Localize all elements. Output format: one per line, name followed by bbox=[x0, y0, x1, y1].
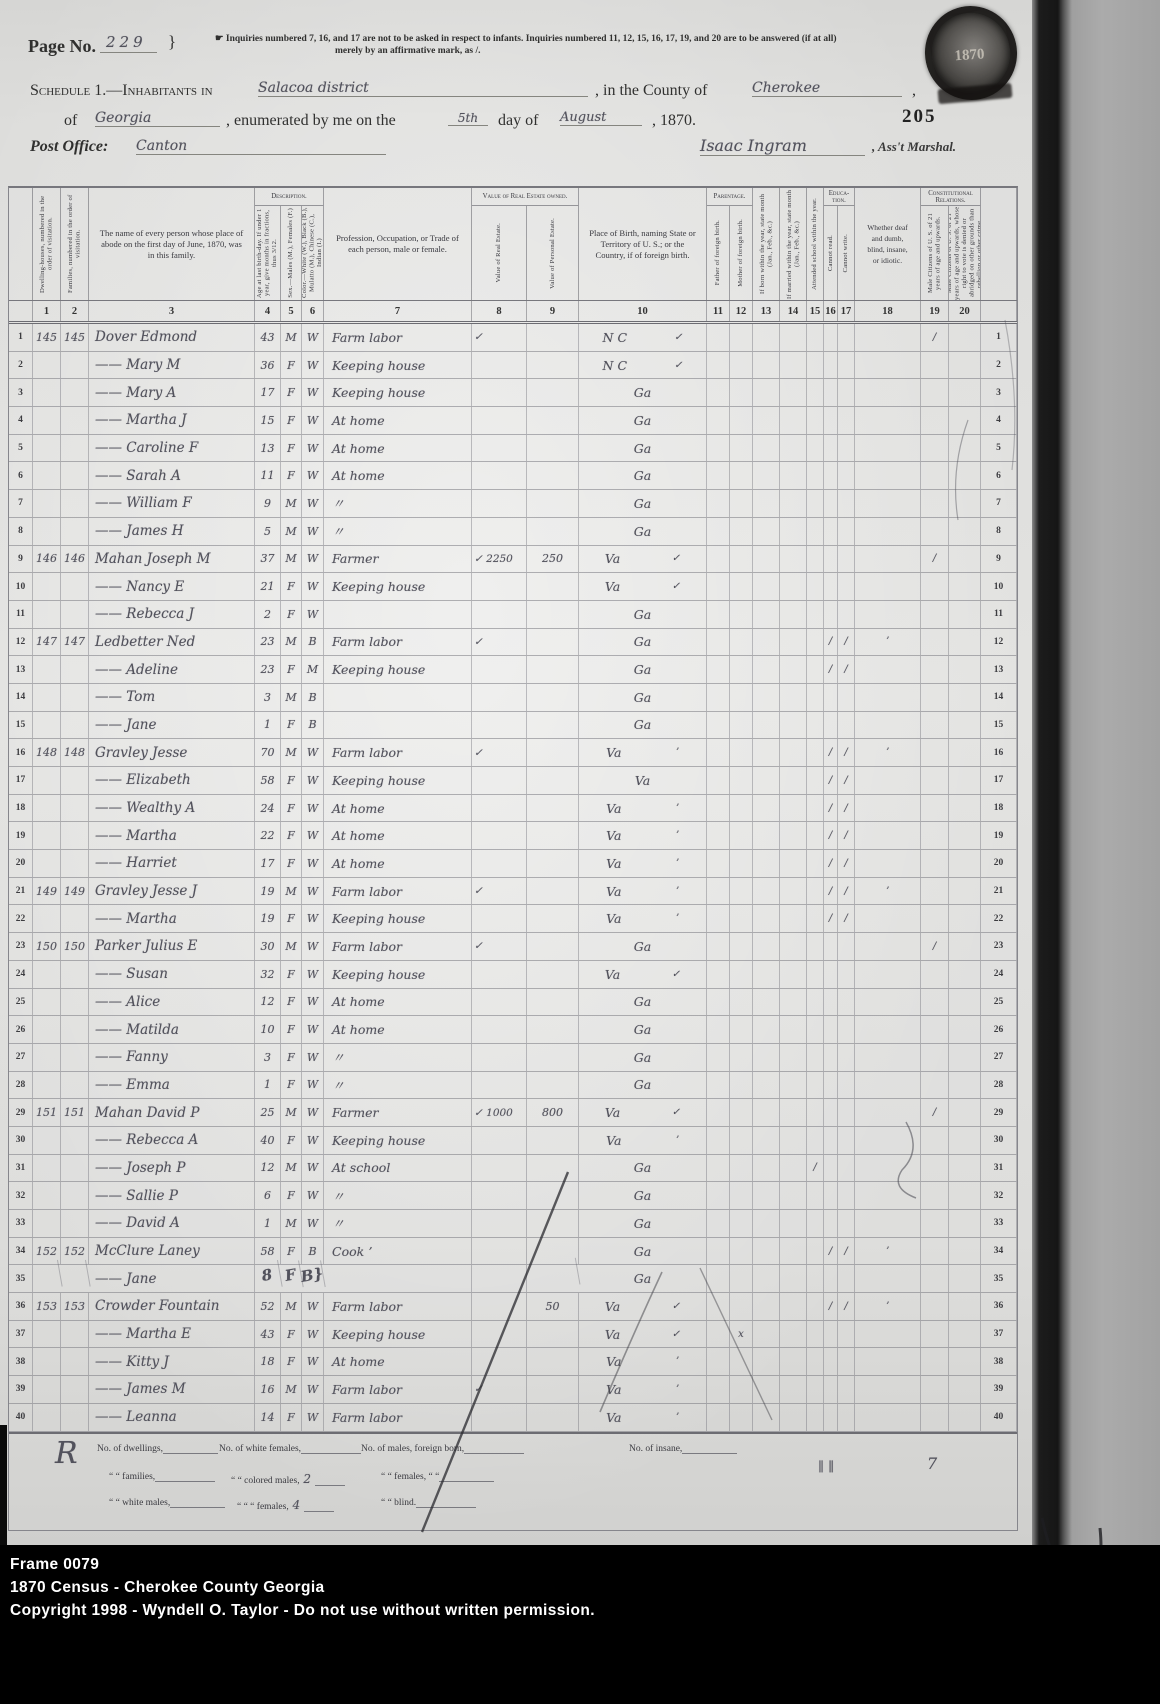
census-cell bbox=[921, 989, 949, 1016]
census-cell bbox=[753, 739, 780, 766]
census-cell bbox=[824, 933, 838, 960]
census-cell bbox=[921, 490, 949, 517]
census-row: 27—— Fanny3FW〃Ga27 bbox=[9, 1044, 1017, 1072]
cell-birthplace: Vaʼ bbox=[579, 1404, 707, 1431]
county-comma: , bbox=[912, 82, 916, 100]
row-number: 19 bbox=[9, 822, 33, 849]
census-cell bbox=[753, 352, 780, 379]
census-cell: / bbox=[824, 905, 838, 932]
census-cell bbox=[730, 352, 753, 379]
census-cell bbox=[527, 1348, 579, 1375]
census-cell bbox=[949, 352, 981, 379]
census-cell bbox=[730, 1182, 753, 1209]
census-cell bbox=[838, 1127, 855, 1154]
census-cell: W bbox=[302, 1210, 324, 1237]
census-cell bbox=[527, 656, 579, 683]
census-cell: —— Nancy E bbox=[89, 573, 255, 600]
row-number: 15 bbox=[981, 712, 1017, 739]
cell-birthplace: Va✓ bbox=[579, 1321, 707, 1348]
census-cell bbox=[855, 656, 921, 683]
census-cell: 15 bbox=[255, 407, 281, 434]
census-cell bbox=[33, 1127, 61, 1154]
column-number: 18 bbox=[855, 301, 921, 321]
census-cell bbox=[824, 518, 838, 545]
census-cell: At home bbox=[324, 435, 472, 462]
census-cell bbox=[472, 712, 527, 739]
footer-summary-item: “ “ white males, bbox=[109, 1498, 225, 1508]
census-cell bbox=[949, 795, 981, 822]
census-cell: F bbox=[281, 379, 302, 406]
census-cell: F bbox=[281, 961, 302, 988]
census-cell: / bbox=[838, 905, 855, 932]
census-cell bbox=[527, 905, 579, 932]
census-cell: —— Emma bbox=[89, 1072, 255, 1099]
census-cell: 13 bbox=[255, 435, 281, 462]
census-cell bbox=[780, 546, 807, 573]
census-cell bbox=[780, 1016, 807, 1043]
census-cell bbox=[807, 905, 824, 932]
census-cell bbox=[949, 1044, 981, 1071]
census-cell: F bbox=[281, 712, 302, 739]
row-number: 7 bbox=[9, 490, 33, 517]
census-cell: —— Sarah A bbox=[89, 462, 255, 489]
cell-birthplace: Vaʼ bbox=[579, 850, 707, 877]
row-number: 2 bbox=[9, 352, 33, 379]
census-cell bbox=[527, 407, 579, 434]
census-row: 10—— Nancy E21FWKeeping houseVa✓10 bbox=[9, 573, 1017, 601]
census-cell: x bbox=[730, 1321, 753, 1348]
census-cell bbox=[527, 324, 579, 351]
census-cell: —— Adeline bbox=[89, 656, 255, 683]
cell-birthplace: Ga bbox=[579, 379, 707, 406]
column-number: 4 bbox=[255, 301, 281, 321]
census-cell: —— James M bbox=[89, 1376, 255, 1403]
census-cell: W bbox=[302, 1404, 324, 1431]
cell-birthplace: Ga bbox=[579, 1016, 707, 1043]
page-no-brace: } bbox=[168, 32, 176, 52]
census-cell: M bbox=[281, 933, 302, 960]
census-cell bbox=[780, 1210, 807, 1237]
census-cell bbox=[780, 379, 807, 406]
census-cell: 6 bbox=[255, 1182, 281, 1209]
census-cell bbox=[949, 629, 981, 656]
census-cell bbox=[472, 573, 527, 600]
footer-handwritten-mark: ∥ ∥ bbox=[818, 1460, 834, 1475]
census-cell bbox=[61, 795, 89, 822]
census-cell bbox=[707, 989, 730, 1016]
census-cell bbox=[807, 1127, 824, 1154]
census-cell bbox=[824, 1072, 838, 1099]
census-cell: 3 bbox=[255, 684, 281, 711]
footer-summary-item: No. of dwellings, bbox=[97, 1444, 218, 1454]
census-cell bbox=[807, 1016, 824, 1043]
census-cell bbox=[753, 933, 780, 960]
row-number: 38 bbox=[9, 1348, 33, 1375]
census-cell bbox=[855, 573, 921, 600]
census-cell bbox=[807, 878, 824, 905]
row-number: 33 bbox=[981, 1210, 1017, 1237]
row-number: 12 bbox=[981, 629, 1017, 656]
census-cell bbox=[730, 905, 753, 932]
row-number: 23 bbox=[981, 933, 1017, 960]
census-cell bbox=[707, 1265, 730, 1292]
census-cell bbox=[33, 1404, 61, 1431]
census-cell: Keeping house bbox=[324, 379, 472, 406]
census-cell bbox=[780, 1099, 807, 1126]
census-cell bbox=[780, 822, 807, 849]
census-cell bbox=[824, 1127, 838, 1154]
census-cell bbox=[707, 933, 730, 960]
census-cell: B bbox=[302, 684, 324, 711]
census-cell bbox=[33, 518, 61, 545]
census-cell: —— Martha bbox=[89, 905, 255, 932]
census-cell: 153 bbox=[61, 1293, 89, 1320]
census-cell bbox=[921, 573, 949, 600]
row-number: 1 bbox=[9, 324, 33, 351]
census-cell bbox=[780, 1293, 807, 1320]
census-cell bbox=[472, 1044, 527, 1071]
census-cell: F bbox=[281, 407, 302, 434]
sheet-number: 205 bbox=[902, 106, 937, 128]
census-row: 32—— Sallie P6FW〃Ga32 bbox=[9, 1182, 1017, 1210]
column-number: 8 bbox=[472, 301, 527, 321]
census-cell: —— David A bbox=[89, 1210, 255, 1237]
census-cell: At home bbox=[324, 989, 472, 1016]
census-cell bbox=[807, 518, 824, 545]
row-number: 20 bbox=[981, 850, 1017, 877]
cell-birthplace: Ga bbox=[579, 629, 707, 656]
census-cell: Farm labor bbox=[324, 324, 472, 351]
census-cell bbox=[730, 1072, 753, 1099]
census-cell bbox=[824, 1404, 838, 1431]
census-cell bbox=[807, 490, 824, 517]
census-cell bbox=[921, 767, 949, 794]
census-cell: W bbox=[302, 767, 324, 794]
census-row: 14—— Tom3MBGa14 bbox=[9, 684, 1017, 712]
census-cell bbox=[807, 1404, 824, 1431]
cell-birthplace: Vaʼ bbox=[579, 1376, 707, 1403]
census-cell bbox=[949, 1016, 981, 1043]
census-cell bbox=[707, 573, 730, 600]
census-cell bbox=[61, 961, 89, 988]
census-cell bbox=[824, 407, 838, 434]
census-cell: / bbox=[807, 1155, 824, 1182]
cell-birthplace: Vaʼ bbox=[579, 795, 707, 822]
column-number: 19 bbox=[921, 301, 949, 321]
census-cell bbox=[855, 1321, 921, 1348]
row-number: 10 bbox=[981, 573, 1017, 600]
census-cell bbox=[780, 407, 807, 434]
census-cell bbox=[527, 1072, 579, 1099]
census-cell: W bbox=[302, 546, 324, 573]
census-cell bbox=[472, 656, 527, 683]
census-cell: At school bbox=[324, 1155, 472, 1182]
census-row: 20—— Harriet17FWAt homeVaʼ//20 bbox=[9, 850, 1017, 878]
census-cell bbox=[730, 989, 753, 1016]
census-cell bbox=[921, 1127, 949, 1154]
column-header-3: The name of every person whose place of … bbox=[89, 188, 255, 300]
census-cell: —— Mary A bbox=[89, 379, 255, 406]
census-cell bbox=[855, 435, 921, 462]
census-cell: At home bbox=[324, 1348, 472, 1375]
cell-birthplace: Ga bbox=[579, 684, 707, 711]
census-cell bbox=[780, 324, 807, 351]
row-number: 33 bbox=[9, 1210, 33, 1237]
census-cell bbox=[472, 822, 527, 849]
census-cell bbox=[33, 656, 61, 683]
census-cell: 〃 bbox=[324, 1044, 472, 1071]
census-cell bbox=[527, 1016, 579, 1043]
cell-birthplace: Ga bbox=[579, 656, 707, 683]
census-cell: Ledbetter Ned bbox=[89, 629, 255, 656]
month-handwritten: August bbox=[560, 110, 642, 126]
census-cell bbox=[730, 601, 753, 628]
census-cell bbox=[753, 684, 780, 711]
census-cell: B} bbox=[299, 1261, 325, 1291]
row-number: 36 bbox=[981, 1293, 1017, 1320]
census-cell bbox=[921, 1016, 949, 1043]
row-number: 35 bbox=[9, 1265, 33, 1292]
census-cell bbox=[730, 767, 753, 794]
column-header-16: Cannot read. bbox=[824, 206, 838, 300]
column-header-7: Profession, Occupation, or Trade of each… bbox=[324, 188, 472, 300]
census-cell bbox=[730, 1265, 753, 1292]
census-cell bbox=[780, 1348, 807, 1375]
census-row: 12147147Ledbetter Ned23MBFarm labor✓Ga//… bbox=[9, 629, 1017, 657]
census-cell: W bbox=[302, 795, 324, 822]
census-cell bbox=[780, 656, 807, 683]
census-cell bbox=[838, 1072, 855, 1099]
census-cell: M bbox=[281, 546, 302, 573]
census-cell: Farm labor bbox=[324, 1376, 472, 1403]
census-cell bbox=[730, 407, 753, 434]
census-cell bbox=[780, 1182, 807, 1209]
census-cell: Farm labor bbox=[324, 1404, 472, 1431]
census-cell: —— Alice bbox=[89, 989, 255, 1016]
census-cell bbox=[838, 1016, 855, 1043]
column-number: 17 bbox=[838, 301, 855, 321]
census-cell: At home bbox=[324, 1016, 472, 1043]
census-cell bbox=[730, 1016, 753, 1043]
census-row: 38—— Kitty J18FWAt homeVaʼ38 bbox=[9, 1348, 1017, 1376]
cell-birthplace: Vaʼ bbox=[579, 1348, 707, 1375]
census-cell bbox=[921, 1182, 949, 1209]
census-cell bbox=[33, 1210, 61, 1237]
census-cell bbox=[61, 1182, 89, 1209]
census-cell: F bbox=[281, 795, 302, 822]
census-cell: W bbox=[302, 989, 324, 1016]
census-cell: —— Leanna bbox=[89, 1404, 255, 1431]
census-row: 19—— Martha22FWAt homeVaʼ//19 bbox=[9, 822, 1017, 850]
census-cell: Dover Edmond bbox=[89, 324, 255, 351]
cell-birthplace: Ga bbox=[579, 518, 707, 545]
census-cell bbox=[753, 878, 780, 905]
census-cell: 40 bbox=[255, 1127, 281, 1154]
census-cell bbox=[753, 1016, 780, 1043]
census-cell bbox=[780, 1321, 807, 1348]
census-cell bbox=[707, 1238, 730, 1265]
row-number: 11 bbox=[9, 601, 33, 628]
census-cell bbox=[855, 379, 921, 406]
census-cell bbox=[949, 1238, 981, 1265]
census-cell bbox=[855, 822, 921, 849]
census-cell: ʼ bbox=[855, 1293, 921, 1320]
census-cell bbox=[838, 1348, 855, 1375]
census-cell: / bbox=[824, 795, 838, 822]
caption-band: Frame 0079 1870 Census - Cherokee County… bbox=[0, 1545, 1160, 1704]
row-number: 38 bbox=[981, 1348, 1017, 1375]
census-cell: ʼ bbox=[855, 739, 921, 766]
census-row: 6—— Sarah A11FWAt homeGa6 bbox=[9, 462, 1017, 490]
census-cell bbox=[838, 1376, 855, 1403]
cell-birthplace: Ga bbox=[579, 1044, 707, 1071]
census-cell bbox=[61, 1155, 89, 1182]
census-cell: F bbox=[281, 989, 302, 1016]
census-cell: W bbox=[302, 822, 324, 849]
census-cell bbox=[33, 712, 61, 739]
census-cell bbox=[707, 712, 730, 739]
census-cell bbox=[780, 684, 807, 711]
row-number: 34 bbox=[9, 1238, 33, 1265]
row-number: 7 bbox=[981, 490, 1017, 517]
census-cell: B bbox=[302, 712, 324, 739]
census-cell bbox=[753, 1044, 780, 1071]
census-cell bbox=[33, 1044, 61, 1071]
census-cell bbox=[780, 795, 807, 822]
census-cell: Mahan Joseph M bbox=[89, 546, 255, 573]
census-cell bbox=[472, 352, 527, 379]
census-cell bbox=[855, 850, 921, 877]
census-cell bbox=[527, 1210, 579, 1237]
census-cell bbox=[61, 905, 89, 932]
cell-birthplace: Ga bbox=[579, 989, 707, 1016]
row-number: 13 bbox=[981, 656, 1017, 683]
census-cell bbox=[807, 712, 824, 739]
census-cell bbox=[753, 1072, 780, 1099]
census-cell: At home bbox=[324, 462, 472, 489]
census-cell: 23 bbox=[255, 629, 281, 656]
census-cell bbox=[824, 1155, 838, 1182]
census-cell bbox=[753, 1099, 780, 1126]
census-row: 5—— Caroline F13FWAt homeGa5 bbox=[9, 435, 1017, 463]
census-cell: M bbox=[281, 490, 302, 517]
census-cell bbox=[780, 629, 807, 656]
census-cell bbox=[472, 850, 527, 877]
row-number: 9 bbox=[9, 546, 33, 573]
census-cell bbox=[921, 822, 949, 849]
census-cell bbox=[527, 933, 579, 960]
census-cell bbox=[949, 933, 981, 960]
census-row: 7—— William F9MW〃Ga7 bbox=[9, 490, 1017, 518]
census-cell bbox=[824, 1348, 838, 1375]
census-cell bbox=[472, 989, 527, 1016]
footer-summary-item: “ “ females, “ “ bbox=[381, 1472, 494, 1482]
census-cell bbox=[838, 490, 855, 517]
census-cell: 19 bbox=[255, 905, 281, 932]
census-cell bbox=[838, 324, 855, 351]
census-cell: Keeping house bbox=[324, 352, 472, 379]
census-cell: 149 bbox=[33, 878, 61, 905]
census-cell: 1 bbox=[255, 1210, 281, 1237]
census-cell: M bbox=[281, 1099, 302, 1126]
census-cell bbox=[730, 435, 753, 462]
column-header-5: Sex.—Males (M.), Females (F.) bbox=[281, 206, 302, 300]
census-cell bbox=[780, 905, 807, 932]
census-cell bbox=[824, 684, 838, 711]
census-cell: —— Sallie P bbox=[89, 1182, 255, 1209]
census-cell: 23 bbox=[255, 656, 281, 683]
census-row: 33—— David A1MW〃Ga33 bbox=[9, 1210, 1017, 1238]
census-cell bbox=[855, 712, 921, 739]
census-cell bbox=[33, 989, 61, 1016]
scan-edge-shadow bbox=[1032, 0, 1160, 1545]
of-label: of bbox=[64, 112, 77, 130]
cell-birthplace: Ga bbox=[579, 933, 707, 960]
census-cell bbox=[838, 352, 855, 379]
census-cell bbox=[707, 435, 730, 462]
column-number: 13 bbox=[753, 301, 780, 321]
census-row: 35—— Jane8FB}Ga35 bbox=[9, 1265, 1017, 1293]
census-cell bbox=[807, 933, 824, 960]
column-number: 9 bbox=[527, 301, 579, 321]
cell-birthplace: Va✓ bbox=[579, 1293, 707, 1320]
census-cell: W bbox=[302, 1044, 324, 1071]
census-cell: 150 bbox=[33, 933, 61, 960]
census-row: 22—— Martha19FWKeeping houseVaʼ//22 bbox=[9, 905, 1017, 933]
census-row: 28—— Emma1FW〃Ga28 bbox=[9, 1072, 1017, 1100]
census-cell: At home bbox=[324, 850, 472, 877]
census-cell bbox=[61, 518, 89, 545]
census-cell bbox=[780, 712, 807, 739]
census-cell: / bbox=[838, 850, 855, 877]
row-number: 17 bbox=[981, 767, 1017, 794]
census-cell bbox=[707, 601, 730, 628]
cell-birthplace: Va✓ bbox=[579, 546, 707, 573]
census-cell: M bbox=[281, 739, 302, 766]
census-cell bbox=[921, 905, 949, 932]
census-cell bbox=[707, 684, 730, 711]
column-header-12: Mother of foreign birth. bbox=[730, 206, 753, 300]
census-cell: —— Mary M bbox=[89, 352, 255, 379]
census-cell: M bbox=[281, 1293, 302, 1320]
census-cell bbox=[472, 1238, 527, 1265]
census-cell bbox=[807, 352, 824, 379]
caption-copyright: Copyright 1998 - Wyndell O. Taylor - Do … bbox=[10, 1599, 1160, 1622]
census-cell: 146 bbox=[33, 546, 61, 573]
census-cell: / bbox=[921, 1099, 949, 1126]
census-cell bbox=[921, 712, 949, 739]
row-number: 4 bbox=[9, 407, 33, 434]
census-cell: W bbox=[302, 462, 324, 489]
census-cell: / bbox=[838, 739, 855, 766]
census-cell bbox=[855, 1155, 921, 1182]
census-cell bbox=[838, 1321, 855, 1348]
census-cell bbox=[707, 1044, 730, 1071]
census-cell bbox=[807, 324, 824, 351]
cell-birthplace: Va✓ bbox=[579, 573, 707, 600]
census-cell bbox=[753, 989, 780, 1016]
census-cell bbox=[61, 1376, 89, 1403]
census-cell bbox=[807, 684, 824, 711]
census-cell bbox=[921, 1210, 949, 1237]
census-cell bbox=[753, 1155, 780, 1182]
census-cell bbox=[61, 435, 89, 462]
census-cell bbox=[33, 435, 61, 462]
census-cell: W bbox=[302, 961, 324, 988]
census-cell bbox=[730, 546, 753, 573]
census-cell: —— Rebecca J bbox=[89, 601, 255, 628]
census-cell bbox=[855, 905, 921, 932]
